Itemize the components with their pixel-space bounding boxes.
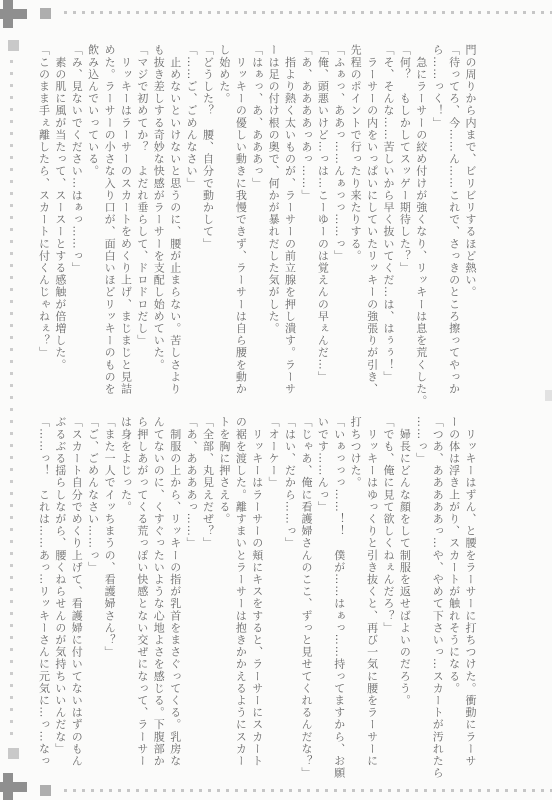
text-column: 「オーケー」 [265,416,281,784]
text-column: は身をよじった。 [117,416,133,784]
text-column: リッキーはずん、と腰をラーサーに打ちつけた。衝動にラーサ [462,416,478,784]
text-column: の裾を渡した。離すまいとラーサーは抱きかかえるようにスカー [232,416,248,784]
square-marker-icon [8,40,19,51]
square-marker-icon [40,8,51,19]
text-column: トを胸に押さえる。 [216,416,232,784]
page-number-fragment [545,390,552,401]
text-column: 止めないといけないと思うのに、腰が止まらない。苦しさより [166,44,182,412]
text-column: 「はい、だから……っ」 [281,416,297,784]
text-column: 「あ、ああああっ……」 [183,416,199,784]
scanned-page: 門の周りから内まで、ビリビリするほど熱い。「待ってろ、今……ん……これで、さっき… [0,0,552,800]
text-column: 先程のポイントで行ったり来たりする。 [347,44,363,412]
registration-plus-icon [0,1,27,27]
text-column: 「ご、ごめんなさい……っ」 [84,416,100,784]
text-column: 「マジで初めてか？ よだれ垂らして、ドロドロだし」 [133,44,149,412]
dotted-rule-left [10,60,13,744]
text-column: 「あ、ああああっあっ……」 [298,44,314,412]
text-column: めた。ラーサーの小さな入り口が、面白いほどリッキーのものを [101,44,117,412]
text-column: 「み、見ないでください…はぁっ……っ」 [68,44,84,412]
dotted-rule-bottom [64,789,552,792]
text-column: 急にラーサーの絞め付けが強くなり、リッキーは息を荒くした。 [412,44,428,412]
text-column: 打ちつけた。 [347,416,363,784]
text-column: ら……っく！」 [429,44,445,412]
text-column: 門の周りから内まで、ビリビリするほど熱い。 [462,44,478,412]
text-column: ーは足の付け根の奥で、何かが暴れだした気がした。 [265,44,281,412]
text-column: 「いぁっっっ……！！ 僕が……はぁっ……持ってますから、お願 [330,416,346,784]
text-column: ラーサーの内をいっぱいにしていたリッキーの強張りが引き、 [363,44,379,412]
text-column: 「スカート自分でめくり上げて、看護婦に付いてないはずのもん [68,416,84,784]
text-column: 制服の上から、リッキーの指が乳首をまさぐってくる。乳房な [166,416,182,784]
text-column: 「ふぁっ、ああっ……んぁっっ……っ」 [330,44,346,412]
text-column: 「つあ、あああああっ…や、やめて下さいっ…スカートが汚れたら [429,416,445,784]
text-column: 婦長にどんな顔をして制服を返せばよいのだろう。 [396,416,412,784]
text-column: ら押しあがってくる荒っぽい快感とない交ぜになって、ラーサー [133,416,149,784]
text-column: リッキーはラーサーのスカートをめくり上げ、まじまじと見詰 [117,44,133,412]
text-column: 「待ってろ、今……ん……これで、さっきのところ擦ってやっか [445,44,461,412]
text-column: 指より熱く太いものが、ラーサーの前立腺を押し潰す。ラーサ [281,44,297,412]
text-column: 素の肌に風が当たって、スースーとする感触が倍増した。 [51,44,67,412]
text-column: 「俺、頭悪いけど…っは…こーゆーのは覚えんの早ぇんだ…」 [314,44,330,412]
text-column: ぶるぶる揺らしながら、腰くねらせんのが気持ちいいんだな」 [51,416,67,784]
registration-plus-icon [0,774,27,800]
text-column: リッキーはラーサーの頬にキスをすると、ラーサーにスカート [248,416,264,784]
text-column: いです……んっ」 [314,416,330,784]
text-column: 「何？ もしかしてスッゲー期待した？」 [396,44,412,412]
text-column: 「どうした？ 腰、自分で動かして」 [199,44,215,412]
text-column: リッキーはゆっくりと引き抜くと、再び一気に腰をラーサーに [363,416,379,784]
text-column: し始めた。 [216,44,232,412]
square-marker-icon [40,785,51,796]
text-column: ーの体は浮き上がり、スカートが触れそうになる。 [445,416,461,784]
text-column: 「でも、俺に見て欲しくねぇんだろ？」 [380,416,396,784]
text-column: んてないのに、くすぐったいような心地よさを感じる。下腹部か [150,416,166,784]
text-column: 「また一人でイッちまうの、看護婦さん？」 [101,416,117,784]
text-column: も抜き差しする奇妙な快感がラーサーを支配し始めていた。 [150,44,166,412]
text-column: 飲み込んでいっている。 [84,44,100,412]
lower-text-block: リッキーはずん、と腰をラーサーに打ちつけた。衝動にラーサーの体は浮き上がり、スカ… [34,416,478,784]
text-column: リッキーの優しい動きに我慢できず、ラーサーは自ら腰を動か [232,44,248,412]
upper-text-block: 門の周りから内まで、ビリビリするほど熱い。「待ってろ、今……ん……これで、さっき… [34,44,478,412]
dotted-rule-top [64,11,552,14]
text-column: ……っ」 [412,416,428,784]
text-column: 「はぁっ、あ、あああっ」 [248,44,264,412]
text-column: 「じゃあ、俺に看護婦さんのここ、ずっと見せてくれるんだな？」 [298,416,314,784]
text-column: 「このまま手ぇ離したら、スカートに付くんじゃねぇ？」 [35,44,51,412]
text-column: 「……ご、ごめんなさい」 [183,44,199,412]
square-marker-icon [8,748,19,759]
text-column: 「全部、丸見えだぜ？」 [199,416,215,784]
text-column: 「……っ！ これは……あっ…リッキーさんに元気に…っ…なっ [35,416,51,784]
text-column: 「そ、そんな……苦しいから早く抜いてくだ…は、はぅぅ！」 [380,44,396,412]
